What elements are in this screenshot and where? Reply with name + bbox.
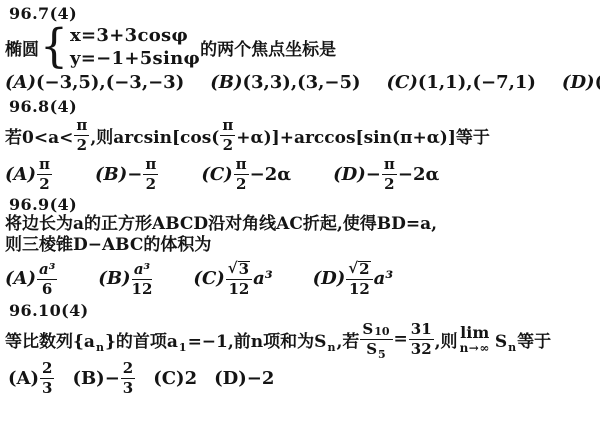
- subscript: n: [327, 341, 335, 354]
- option-value: (3,3),(3,−5): [242, 72, 360, 94]
- option-label: (C): [193, 268, 224, 289]
- question-text: 等比数列{an}的首项a1=−1,前n项和为Sn,若: [5, 327, 359, 352]
- option-label: (B): [95, 164, 127, 185]
- numerator: π: [74, 117, 89, 136]
- problem-number: 96.10(4): [5, 301, 598, 320]
- option-value: (−3,5),(−3,−3): [36, 72, 184, 94]
- option-label: (B): [98, 268, 130, 289]
- option-c: (C)2: [153, 368, 197, 389]
- fraction: π2: [143, 156, 158, 192]
- option-label: (A): [5, 268, 36, 289]
- options-96-8: (A)π2 (B)−π2 (C)π2−2α (D)−π2−2α: [5, 156, 598, 192]
- option-tail: −2α: [398, 164, 439, 185]
- question-text: 若0<a<: [5, 123, 73, 148]
- option-value: (7,−1),(−1,−1): [595, 72, 600, 94]
- problem-96-7: 96.7(4) 椭圆 { x=3+3cosφ y=−1+5sinφ 的两个焦点坐…: [5, 4, 598, 94]
- option-b: (B)−23: [72, 360, 136, 396]
- options-96-7: (A)(−3,5),(−3,−3) (B)(3,3),(3,−5) (C)(1,…: [5, 72, 598, 94]
- option-d: (D)−π2−2α: [333, 156, 439, 192]
- fraction: 23: [40, 360, 54, 396]
- subscript: 10: [374, 326, 389, 337]
- option-label: (A): [8, 368, 39, 389]
- subscript: 5: [378, 348, 386, 361]
- option-c: (C)√312a³: [193, 260, 272, 297]
- numerator: π: [220, 117, 235, 136]
- denominator: 2: [77, 136, 87, 153]
- equation-x: x=3+3cosφ: [70, 24, 200, 47]
- option-c: (C)π2−2α: [201, 156, 291, 192]
- question-prefix: 椭圆: [5, 35, 39, 60]
- option-tail: a³: [374, 268, 394, 289]
- option-label: (B): [210, 72, 242, 94]
- radical-sign: √: [348, 261, 358, 276]
- sign: −: [366, 164, 381, 185]
- option-a: (A)a³6: [5, 261, 58, 297]
- option-b: (B)a³12: [98, 261, 153, 297]
- equation-y: y=−1+5sinφ: [70, 47, 200, 70]
- question-96-8: 若0<a< π2 ,则arcsin[cos( π2 +α)]+arccos[si…: [5, 117, 598, 153]
- question-suffix: 的两个焦点坐标是: [200, 35, 336, 60]
- fraction: π2: [382, 156, 397, 192]
- problem-number: 96.9(4): [5, 195, 598, 214]
- fraction-pi-2: π2: [74, 117, 89, 153]
- option-label: (C): [387, 72, 418, 94]
- question-text: ,则: [435, 327, 458, 352]
- sign: −: [127, 164, 142, 185]
- equation-system: x=3+3cosφ y=−1+5sinφ: [70, 24, 200, 70]
- option-c: (C)(1,1),(−7,1): [387, 72, 536, 94]
- option-tail: −2α: [250, 164, 291, 185]
- problem-number: 96.7(4): [5, 4, 598, 23]
- option-label: (C): [153, 368, 184, 389]
- option-a: (A)(−3,5),(−3,−3): [5, 72, 184, 94]
- sign: −: [105, 368, 120, 389]
- option-d: (D)(7,−1),(−1,−1): [562, 72, 600, 94]
- option-label: (A): [5, 72, 36, 94]
- subscript: n: [96, 341, 104, 354]
- exam-page: 96.7(4) 椭圆 { x=3+3cosφ y=−1+5sinφ 的两个焦点坐…: [0, 0, 600, 426]
- fraction: π2: [234, 156, 249, 192]
- option-value: −2: [247, 368, 275, 389]
- question-text: Sn等于: [495, 327, 551, 352]
- options-96-9: (A)a³6 (B)a³12 (C)√312a³ (D)√212a³: [5, 260, 598, 297]
- option-a: (A)π2: [5, 156, 53, 192]
- equals-sign: =: [394, 329, 408, 349]
- option-label: (D): [214, 368, 247, 389]
- problem-96-10: 96.10(4) 等比数列{an}的首项a1=−1,前n项和为Sn,若 S10S…: [5, 301, 598, 396]
- fraction: √212: [346, 260, 372, 297]
- option-d: (D)−2: [214, 368, 274, 389]
- option-label: (B): [72, 368, 104, 389]
- option-tail: a³: [253, 268, 273, 289]
- problem-96-9: 96.9(4) 将边长为a的正方形ABCD沿对角线AC折起,使得BD=a, 则三…: [5, 195, 598, 297]
- option-b: (B)−π2: [95, 156, 159, 192]
- option-label: (D): [313, 268, 346, 289]
- fraction: 23: [121, 360, 135, 396]
- denominator: 2: [223, 136, 233, 153]
- question-96-7: 椭圆 { x=3+3cosφ y=−1+5sinφ 的两个焦点坐标是: [5, 24, 598, 70]
- fraction: a³6: [37, 261, 57, 297]
- question-line-2: 则三棱锥D−ABC的体积为: [5, 235, 598, 256]
- radicand: 3: [238, 261, 250, 277]
- option-label: (A): [5, 164, 36, 185]
- fraction-s10-s5: S10S5: [360, 321, 392, 357]
- option-d: (D)√212a³: [313, 260, 394, 297]
- fraction: a³12: [132, 261, 153, 297]
- option-b: (B)(3,3),(3,−5): [210, 72, 360, 94]
- subscript: n: [508, 341, 516, 354]
- radicand: 2: [358, 261, 370, 277]
- option-label: (D): [562, 72, 595, 94]
- option-label: (D): [333, 164, 366, 185]
- fraction-31-32: 3132: [409, 321, 434, 357]
- option-value: 2: [185, 368, 198, 389]
- problem-number: 96.8(4): [5, 97, 598, 116]
- left-brace: {: [40, 23, 68, 71]
- radical-sign: √: [228, 261, 238, 276]
- question-text: +α)]+arccos[sin(π+α)]等于: [236, 123, 490, 148]
- question-96-10: 等比数列{an}的首项a1=−1,前n项和为Sn,若 S10S5 = 3132 …: [5, 321, 598, 357]
- fraction: π2: [37, 156, 52, 192]
- option-a: (A)23: [8, 360, 55, 396]
- limit-notation: limn→∞: [460, 325, 490, 354]
- question-line-1: 将边长为a的正方形ABCD沿对角线AC折起,使得BD=a,: [5, 214, 598, 235]
- problem-96-8: 96.8(4) 若0<a< π2 ,则arcsin[cos( π2 +α)]+a…: [5, 97, 598, 192]
- question-text: ,则arcsin[cos(: [90, 123, 219, 148]
- subscript: 1: [179, 341, 187, 354]
- fraction-pi-2: π2: [220, 117, 235, 153]
- option-value: (1,1),(−7,1): [418, 72, 536, 94]
- fraction: √312: [226, 260, 252, 297]
- option-label: (C): [201, 164, 232, 185]
- options-96-10: (A)23 (B)−23 (C)2 (D)−2: [8, 360, 598, 396]
